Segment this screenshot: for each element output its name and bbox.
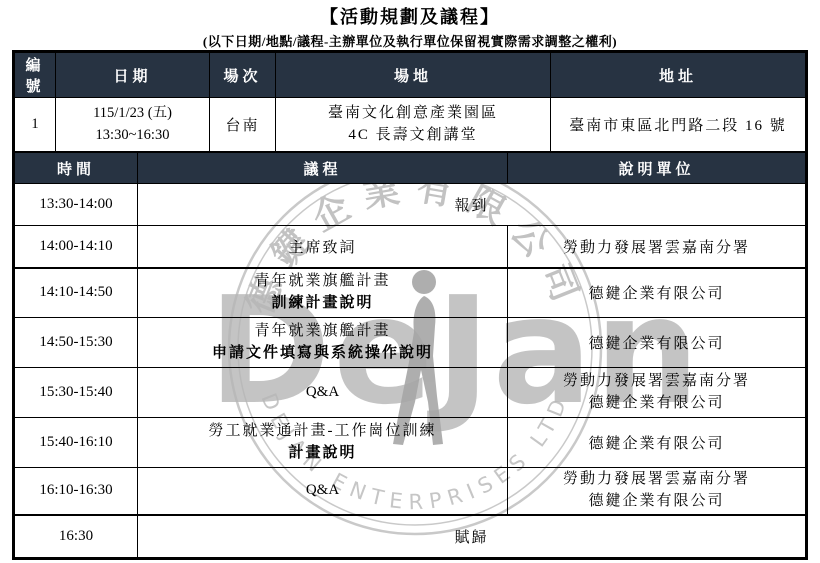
session-venue-line1: 臺南文化創意產業園區 xyxy=(280,103,546,125)
item-cell: Q&A xyxy=(138,368,508,418)
agenda-row: 14:00-14:10 主席致詞 勞動力發展署雲嘉南分署 xyxy=(15,226,806,268)
item-line2: 訓練計畫說明 xyxy=(142,293,503,315)
session-no-cell: 1 xyxy=(15,98,56,152)
unit-line1: 勞動力發展署雲嘉南分署 xyxy=(512,469,801,491)
time-cell: 15:30-15:40 xyxy=(15,368,138,418)
header-no: 編號 xyxy=(15,53,56,98)
time-cell: 14:00-14:10 xyxy=(15,226,138,268)
time-cell: 16:10-16:30 xyxy=(15,468,138,515)
agenda-row: 15:40-16:10 勞工就業通計畫-工作崗位訓練 計畫說明 德鍵企業有限公司 xyxy=(15,418,806,468)
agenda-header-row: 時間 議程 說明單位 xyxy=(15,153,806,184)
agenda-row: 16:30 賦歸 xyxy=(15,515,806,558)
unit-line2: 德鍵企業有限公司 xyxy=(512,491,801,513)
time-cell: 13:30-14:00 xyxy=(15,184,138,226)
session-city-cell: 台南 xyxy=(210,98,276,152)
agenda-row: 14:50-15:30 青年就業旗艦計畫 申請文件填寫與系統操作說明 德鍵企業有… xyxy=(15,318,806,368)
session-venue-cell: 臺南文化創意產業園區 4C 長壽文創講堂 xyxy=(276,98,551,152)
session-date-line2: 13:30~16:30 xyxy=(60,125,205,146)
heading: 【活動規劃及議程】 (以下日期/地點/議程-主辦單位及執行單位保留視實際需求調整… xyxy=(0,6,820,50)
session-venue-line2: 4C 長壽文創講堂 xyxy=(280,125,546,147)
unit-cell: 勞動力發展署雲嘉南分署 德鍵企業有限公司 xyxy=(508,368,806,418)
agenda-row: 14:10-14:50 青年就業旗艦計畫 訓練計畫說明 德鍵企業有限公司 xyxy=(15,268,806,318)
unit-cell: 德鍵企業有限公司 xyxy=(508,268,806,318)
header-unit: 說明單位 xyxy=(508,153,806,184)
time-cell: 16:30 xyxy=(15,515,138,558)
time-cell: 15:40-16:10 xyxy=(15,418,138,468)
item-line2: 申請文件填寫與系統操作說明 xyxy=(142,343,503,365)
item-cell: 主席致詞 xyxy=(138,226,508,268)
header-item: 議程 xyxy=(138,153,508,184)
time-cell: 14:50-15:30 xyxy=(15,318,138,368)
unit-line1: 勞動力發展署雲嘉南分署 xyxy=(512,371,801,393)
session-table: 編號 日期 場次 場地 地址 1 115/1/23 (五) 13:30~16:3… xyxy=(14,52,806,152)
header-session: 場次 xyxy=(210,53,276,98)
unit-cell: 勞動力發展署雲嘉南分署 xyxy=(508,226,806,268)
agenda-table: 時間 議程 說明單位 13:30-14:00 報到 14:00-14:10 主席… xyxy=(14,152,806,558)
agenda-row: 15:30-15:40 Q&A 勞動力發展署雲嘉南分署 德鍵企業有限公司 xyxy=(15,368,806,418)
header-time: 時間 xyxy=(15,153,138,184)
unit-cell: 德鍵企業有限公司 xyxy=(508,418,806,468)
header-venue: 場地 xyxy=(276,53,551,98)
session-date-line1: 115/1/23 (五) xyxy=(60,103,205,124)
item-cell: Q&A xyxy=(138,468,508,515)
session-header-row: 編號 日期 場次 場地 地址 xyxy=(15,53,806,98)
session-row: 1 115/1/23 (五) 13:30~16:30 台南 臺南文化創意產業園區… xyxy=(15,98,806,152)
header-address: 地址 xyxy=(551,53,806,98)
item-cell: 勞工就業通計畫-工作崗位訓練 計畫說明 xyxy=(138,418,508,468)
session-address-cell: 臺南市東區北門路二段 16 號 xyxy=(551,98,806,152)
page-title: 【活動規劃及議程】 xyxy=(0,6,820,29)
page-subtitle: (以下日期/地點/議程-主辦單位及執行單位保留視實際需求調整之權利) xyxy=(0,31,820,50)
header-date: 日期 xyxy=(56,53,210,98)
unit-cell: 勞動力發展署雲嘉南分署 德鍵企業有限公司 xyxy=(508,468,806,515)
unit-cell: 德鍵企業有限公司 xyxy=(508,318,806,368)
item-cell: 青年就業旗艦計畫 申請文件填寫與系統操作說明 xyxy=(138,318,508,368)
item-cell: 報到 xyxy=(138,184,806,226)
item-cell: 賦歸 xyxy=(138,515,806,558)
item-line2: 計畫說明 xyxy=(142,443,503,465)
item-line1: 青年就業旗艦計畫 xyxy=(142,271,503,293)
item-cell: 青年就業旗艦計畫 訓練計畫說明 xyxy=(138,268,508,318)
item-line1: 青年就業旗艦計畫 xyxy=(142,321,503,343)
time-cell: 14:10-14:50 xyxy=(15,268,138,318)
agenda-row: 13:30-14:00 報到 xyxy=(15,184,806,226)
unit-line2: 德鍵企業有限公司 xyxy=(512,393,801,415)
item-line1: 勞工就業通計畫-工作崗位訓練 xyxy=(142,421,503,443)
session-date-cell: 115/1/23 (五) 13:30~16:30 xyxy=(56,98,210,152)
agenda-row: 16:10-16:30 Q&A 勞動力發展署雲嘉南分署 德鍵企業有限公司 xyxy=(15,468,806,515)
schedule-frame: 編號 日期 場次 場地 地址 1 115/1/23 (五) 13:30~16:3… xyxy=(12,50,808,560)
